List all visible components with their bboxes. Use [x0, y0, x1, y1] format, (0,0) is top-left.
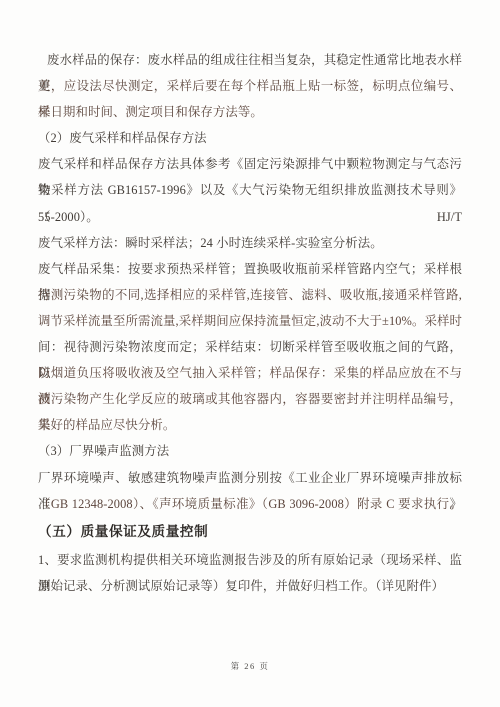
text-line: 废气样品采集：按要求预热采样管；置换吸收瓶前采样管路内空气；采样根据 — [38, 256, 462, 282]
text-line: 原始记录、分析测试原始记录等）复印件，并做好归档工作。（详见附件） — [38, 573, 462, 599]
text-line: 调节采样流量至所需流量,采样期间应保持流量恒定,波动不大于±10%。采样时 — [38, 308, 462, 334]
page-number: 第 26 页 — [0, 660, 500, 672]
text-line: 1、要求监测机构提供相关环境监测报告涉及的所有原始记录（现场采样、监测 — [38, 547, 462, 573]
text-line: 样日期和时间、测定项目和保存方法等。 — [38, 99, 462, 125]
text-line: （GB 12348-2008）、《声环境质量标准》（GB 3096-2008）附… — [38, 491, 462, 517]
text-line: 防烟道负压将吸收液及空气抽入采样管；样品保存：采集的样品应放在不与被 — [38, 360, 462, 386]
text-line: 厂界环境噪声、敏感建筑物噪声监测分别按《工业企业厂界环境噪声排放标准》 — [38, 465, 462, 491]
text-line: 待测污染物的不同,选择相应的采样管,连接管、滤料、吸收瓶,接通采样管路, — [38, 282, 462, 308]
text-line: 物采样方法 GB16157-1996》以及《大气污染物无组织排放监测技术导则》（… — [38, 177, 462, 203]
section-heading: （五）质量保证及质量控制 — [38, 517, 462, 547]
text-line: 集好的样品应尽快分析。 — [38, 412, 462, 438]
subsection-heading: （3）厂界噪声监测方法 — [38, 438, 462, 464]
text-line: 测污染物产生化学反应的玻璃或其他容器内，容器要密封并注明样品编号，采 — [38, 386, 462, 412]
text-line: 废水样品的保存：废水样品的组成往往相当复杂，其稳定性通常比地表水样更 — [38, 47, 462, 73]
text-line: 废气采样方法：瞬时采样法；24 小时连续采样-实验室分析法。 — [38, 230, 462, 256]
text-line: 间：视待测污染物浓度而定；采样结束：切断采样管至吸收瓶之间的气路，以 — [38, 334, 462, 360]
document-page: 废水样品的保存：废水样品的组成往往相当复杂，其稳定性通常比地表水样更差，应设法尽… — [0, 0, 500, 707]
text-line: 废气采样和样品保存方法具体参考《固定污染源排气中颗粒物测定与气态污染 — [38, 151, 462, 177]
document-body: 废水样品的保存：废水样品的组成往往相当复杂，其稳定性通常比地表水样更差，应设法尽… — [38, 47, 462, 599]
subsection-heading: （2）废气采样和样品保存方法 — [38, 125, 462, 151]
text-line: 差，应设法尽快测定，采样后要在每个样品瓶上贴一标签，标明点位编号、采 — [38, 73, 462, 99]
